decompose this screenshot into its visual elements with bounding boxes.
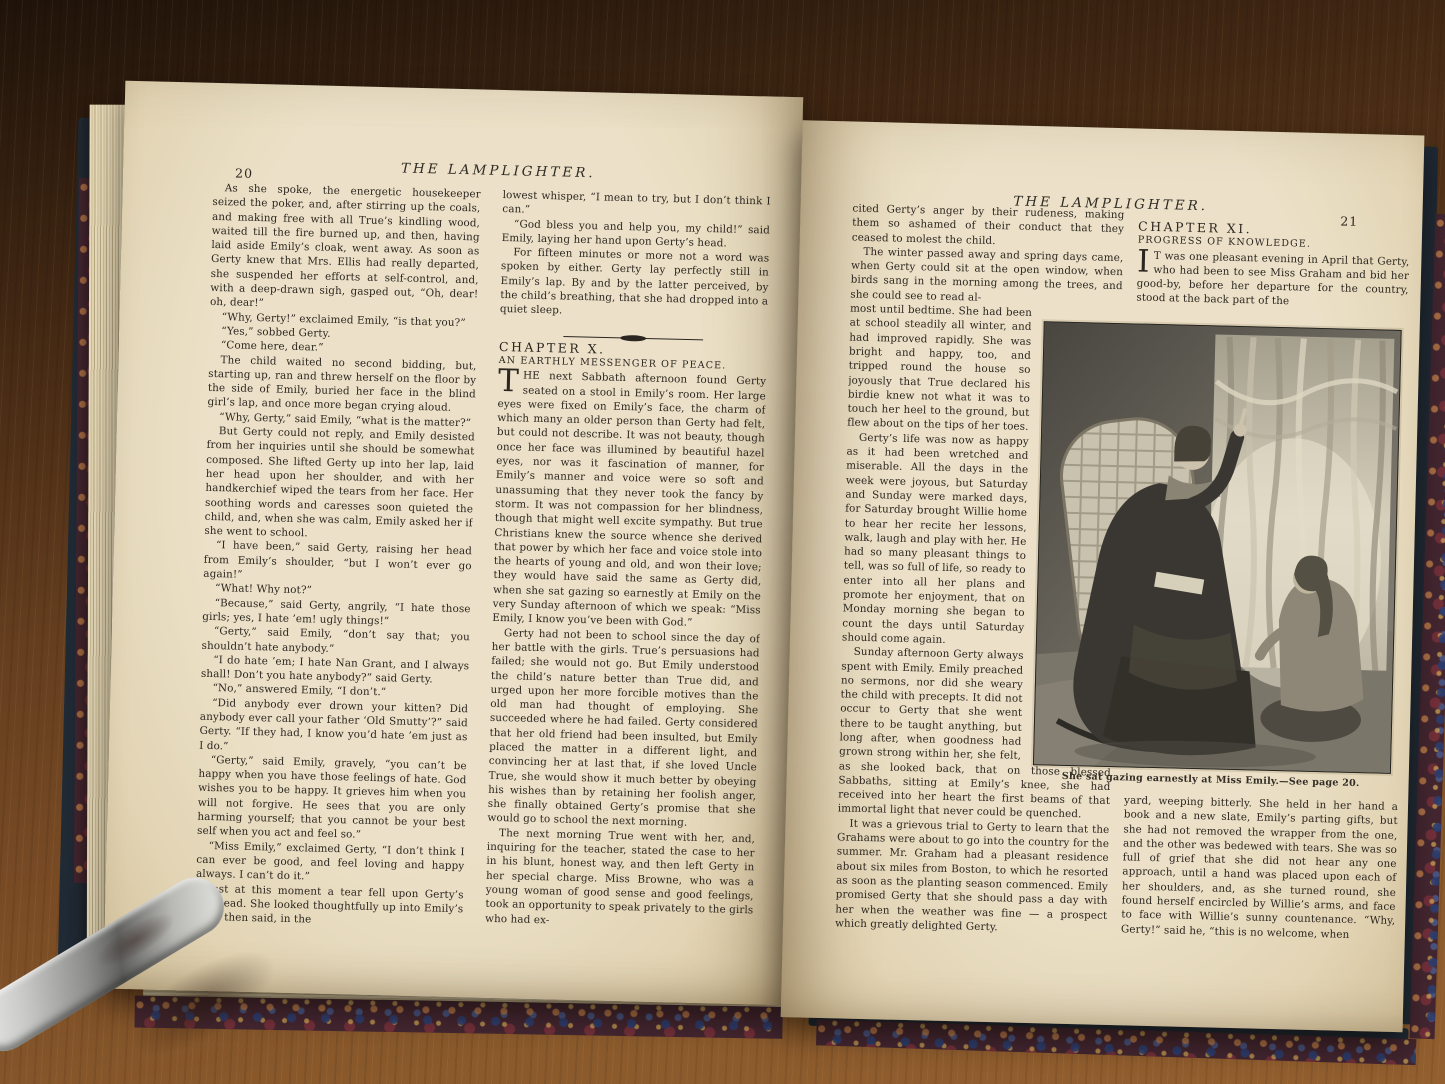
paragraph: For fifteen minutes or more not a word w… (500, 245, 770, 323)
paragraph: But Gerty could not reply, and Emily des… (204, 424, 475, 545)
drop-cap: T (498, 368, 523, 395)
paragraph: “I have been,” said Gerty, raising her h… (203, 538, 472, 587)
running-header-left: THE LAMPLIGHTER. (213, 156, 783, 186)
chapter-lead-paragraph: THE next Sabbath afternoon found Gerty s… (492, 368, 766, 632)
lead-text: T was one pleasant evening in April that… (1136, 250, 1409, 308)
book-illustration (1033, 321, 1402, 774)
left-page-column-2: lowest whisper, “I mean to try, but I do… (483, 188, 770, 994)
right-page-column-2-top: CHAPTER XI. PROGRESS OF KNOWLEDGE. IT wa… (1136, 220, 1410, 312)
paragraph: “Miss Emily,” exclaimed Gerty, “I don’t … (196, 838, 465, 887)
chapter-lead-paragraph: IT was one pleasant evening in April tha… (1136, 248, 1409, 312)
paragraph: Just at this moment a tear fell upon Ger… (195, 881, 464, 930)
paragraph: “Gerty,” said Emily, gravely, “you can’t… (197, 753, 467, 845)
paragraph: cited Gerty’s anger by their rudeness, m… (852, 202, 1125, 252)
paragraph: As she spoke, the energetic housekeeper … (210, 181, 481, 316)
illustration-emily-and-gerty (1034, 322, 1401, 773)
left-page-column-1: As she spoke, the energetic housekeeper … (193, 181, 480, 987)
right-page: THE LAMPLIGHTER. 21 cited Gerty’s anger … (781, 120, 1425, 1032)
paragraph: The next morning True went with her, and… (485, 826, 755, 933)
paragraph: yard, weeping bitterly. She held in her … (1121, 793, 1398, 943)
open-book: 20 THE LAMPLIGHTER. As she spoke, the en… (60, 56, 1428, 1054)
paragraph: “Did anybody ever drown your kitten? Did… (199, 695, 468, 759)
paragraph: The child waited no second bidding, but,… (207, 352, 476, 416)
lead-text: HE next Sabbath afternoon found Gerty se… (492, 370, 766, 629)
right-page-column-2-bottom: yard, weeping bitterly. She held in her … (1121, 793, 1398, 943)
drop-cap: I (1137, 248, 1154, 274)
paragraph: The winter passed away and spring days c… (850, 244, 1123, 308)
left-page: 20 THE LAMPLIGHTER. As she spoke, the en… (103, 81, 803, 1005)
paragraph: Gerty had not been to school since the d… (487, 625, 760, 832)
paragraph: It was a grievous trial to Gerty to lear… (835, 816, 1110, 937)
photograph-of-open-book: { "book": { "title_running_header": "THE… (0, 0, 1445, 1084)
